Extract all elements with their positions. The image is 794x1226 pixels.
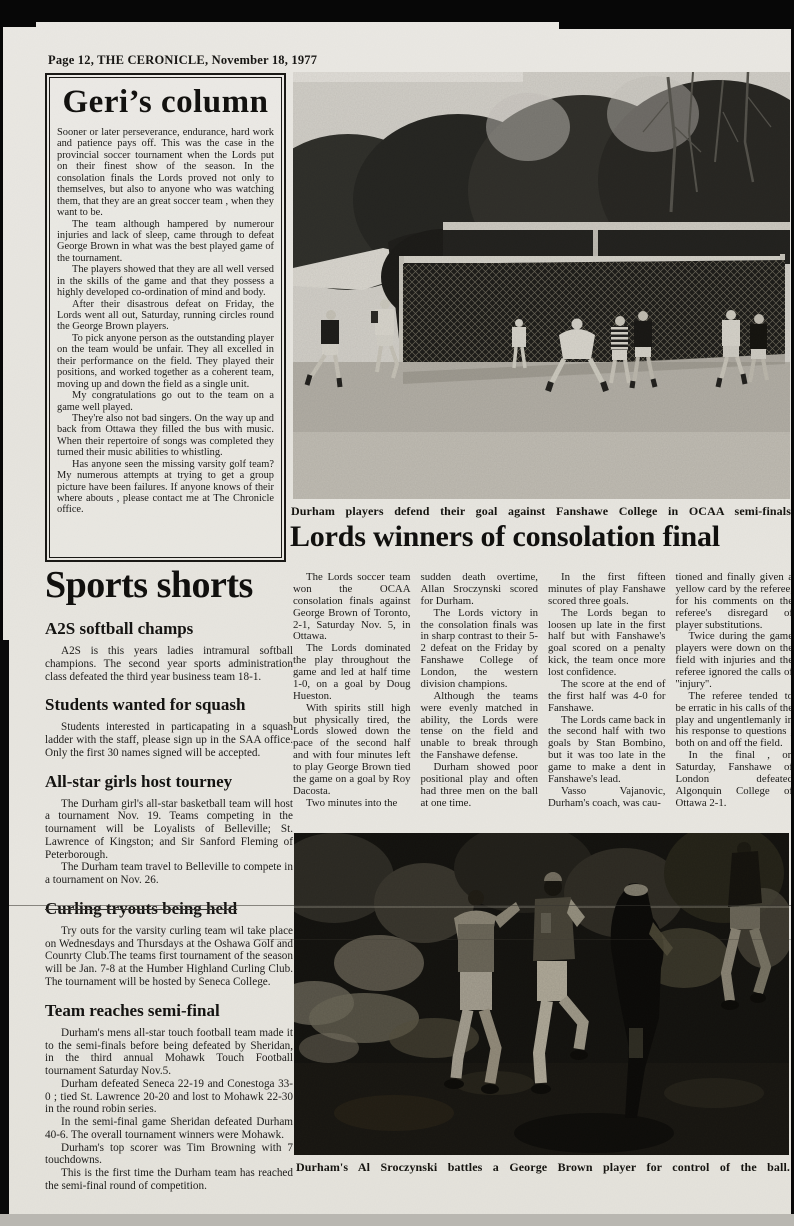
paragraph: Durham's mens all-star touch football te… — [45, 1027, 293, 1078]
scan-edge-left — [0, 640, 9, 1226]
paragraph: The players showed that they are all wel… — [57, 264, 274, 298]
shorts-body-curling: Try outs for the varsity curling team wi… — [45, 925, 293, 989]
main-article: The Lords soccer team won the OCAA conso… — [293, 572, 791, 834]
fold-crease-line-faint — [253, 939, 791, 940]
paragraph: The Durham team travel to Belleville to … — [45, 861, 293, 887]
paragraph: They're also not bad singers. On the way… — [57, 413, 274, 459]
photo-grain — [294, 833, 789, 1155]
shorts-heading-squash: Students wanted for squash — [45, 695, 293, 715]
paragraph: Vasso Vajanovic, Durham's coach, was cau… — [548, 786, 666, 810]
geris-column-title: Geri’s column — [57, 84, 274, 121]
scan-edge-top — [0, 0, 794, 22]
paragraph: Durham's top scorer was Tim Browning wit… — [45, 1142, 293, 1168]
shorts-body-softball: A2S is this years ladies intramural soft… — [45, 645, 293, 683]
paragraph: Although the teams were evenly matched i… — [421, 691, 539, 762]
shorts-heading-girls-tourney: All-star girls host tourney — [45, 772, 293, 792]
shorts-section-touch-football: Team reaches semi-final Durham's mens al… — [45, 1001, 293, 1193]
paragraph: This is the first time the Durham team h… — [45, 1167, 293, 1193]
paragraph: The Lords began to loosen up late in the… — [548, 608, 666, 679]
paragraph: Has anyone seen the missing varsity golf… — [57, 459, 274, 516]
sports-shorts-title: Sports shorts — [45, 563, 293, 607]
shorts-heading-curling: Curling tryouts being held — [45, 899, 293, 919]
paragraph: The Lords victory in the consolation fin… — [421, 608, 539, 691]
paragraph: After their disastrous defeat on Friday,… — [57, 299, 274, 333]
paragraph: Two minutes into the — [293, 798, 411, 810]
shorts-section-softball: A2S softball champs A2S is this years la… — [45, 619, 293, 683]
paragraph: The team although hampered by numerour i… — [57, 219, 274, 265]
paragraph: sudden death overtime, Allan Sroczynski … — [421, 572, 539, 608]
paragraph: The Lords dominated the play throughout … — [293, 643, 411, 702]
scan-edge-bottom — [0, 1214, 794, 1226]
paragraph: Try outs for the varsity curling team wi… — [45, 925, 293, 989]
paragraph: The Lords came back in the second half w… — [548, 715, 666, 786]
paragraph: The score at the end of the first half w… — [548, 679, 666, 715]
paragraph: My congratulations go out to the team on… — [57, 390, 274, 413]
shorts-heading-softball: A2S softball champs — [45, 619, 293, 639]
fold-crease-line — [3, 905, 791, 906]
paragraph: Durham defeated Seneca 22-19 and Conesto… — [45, 1078, 293, 1116]
geris-column-inner-frame: Geri’s column Sooner or later perseveran… — [49, 77, 282, 558]
shorts-heading-touch-football: Team reaches semi-final — [45, 1001, 293, 1021]
photo-grain — [293, 72, 790, 499]
article-column-4: tioned and finally given a yellow card b… — [676, 572, 792, 834]
article-column-2: sudden death overtime, Allan Sroczynski … — [421, 572, 539, 834]
page-header: Page 12, THE CERONICLE, November 18, 197… — [48, 53, 328, 68]
geris-column-body: Sooner or later perseverance, endurance,… — [57, 127, 274, 516]
paragraph: Students interested in particapating in … — [45, 721, 293, 759]
newspaper-page: Page 12, THE CERONICLE, November 18, 197… — [3, 22, 791, 1214]
shorts-section-girls-tourney: All-star girls host tourney The Durham g… — [45, 772, 293, 887]
top-photo-soccer-goal — [293, 72, 790, 499]
geris-column-box: Geri’s column Sooner or later perseveran… — [45, 73, 286, 562]
paragraph: Twice during the game players were down … — [676, 631, 792, 690]
bottom-photo-illustration — [294, 833, 789, 1155]
article-column-3: In the first fifteen minutes of play Fan… — [548, 572, 666, 834]
top-photo-illustration — [293, 72, 790, 499]
paragraph: The Lords soccer team won the OCAA conso… — [293, 572, 411, 643]
shorts-section-curling: Curling tryouts being held Try outs for … — [45, 899, 293, 989]
paragraph: With spirits still high but physically t… — [293, 703, 411, 798]
paragraph: Sooner or later perseverance, endurance,… — [57, 127, 274, 219]
paragraph: In the semi-final game Sheridan defeated… — [45, 1116, 293, 1142]
paragraph: A2S is this years ladies intramural soft… — [45, 645, 293, 683]
shorts-body-squash: Students interested in particapating in … — [45, 721, 293, 759]
main-headline: Lords winners of consolation final — [290, 520, 791, 554]
bottom-photo-players — [294, 833, 789, 1155]
article-column-1: The Lords soccer team won the OCAA conso… — [293, 572, 411, 834]
paragraph: tioned and finally given a yellow card b… — [676, 572, 792, 631]
paragraph: Durham showed poor positional play and o… — [421, 762, 539, 810]
shorts-section-squash: Students wanted for squash Students inte… — [45, 695, 293, 759]
bottom-photo-caption: Durham's Al Sroczynski battles a George … — [296, 1160, 790, 1175]
sports-shorts: Sports shorts A2S softball champs A2S is… — [45, 563, 293, 1214]
top-photo-caption: Durham players defend their goal against… — [291, 504, 791, 519]
paragraph: To pick anyone person as the outstanding… — [57, 333, 274, 390]
paragraph: In the final , on Saturday, Fanshawe of … — [676, 750, 792, 809]
shorts-body-touch-football: Durham's mens all-star touch football te… — [45, 1027, 293, 1193]
paragraph: The Durham girl's all-star basketball te… — [45, 798, 293, 862]
paragraph: The referee tended to be erratic in his … — [676, 691, 792, 750]
scanned-newspaper: Page 12, THE CERONICLE, November 18, 197… — [0, 0, 794, 1226]
paragraph: In the first fifteen minutes of play Fan… — [548, 572, 666, 608]
shorts-body-girls-tourney: The Durham girl's all-star basketball te… — [45, 798, 293, 887]
